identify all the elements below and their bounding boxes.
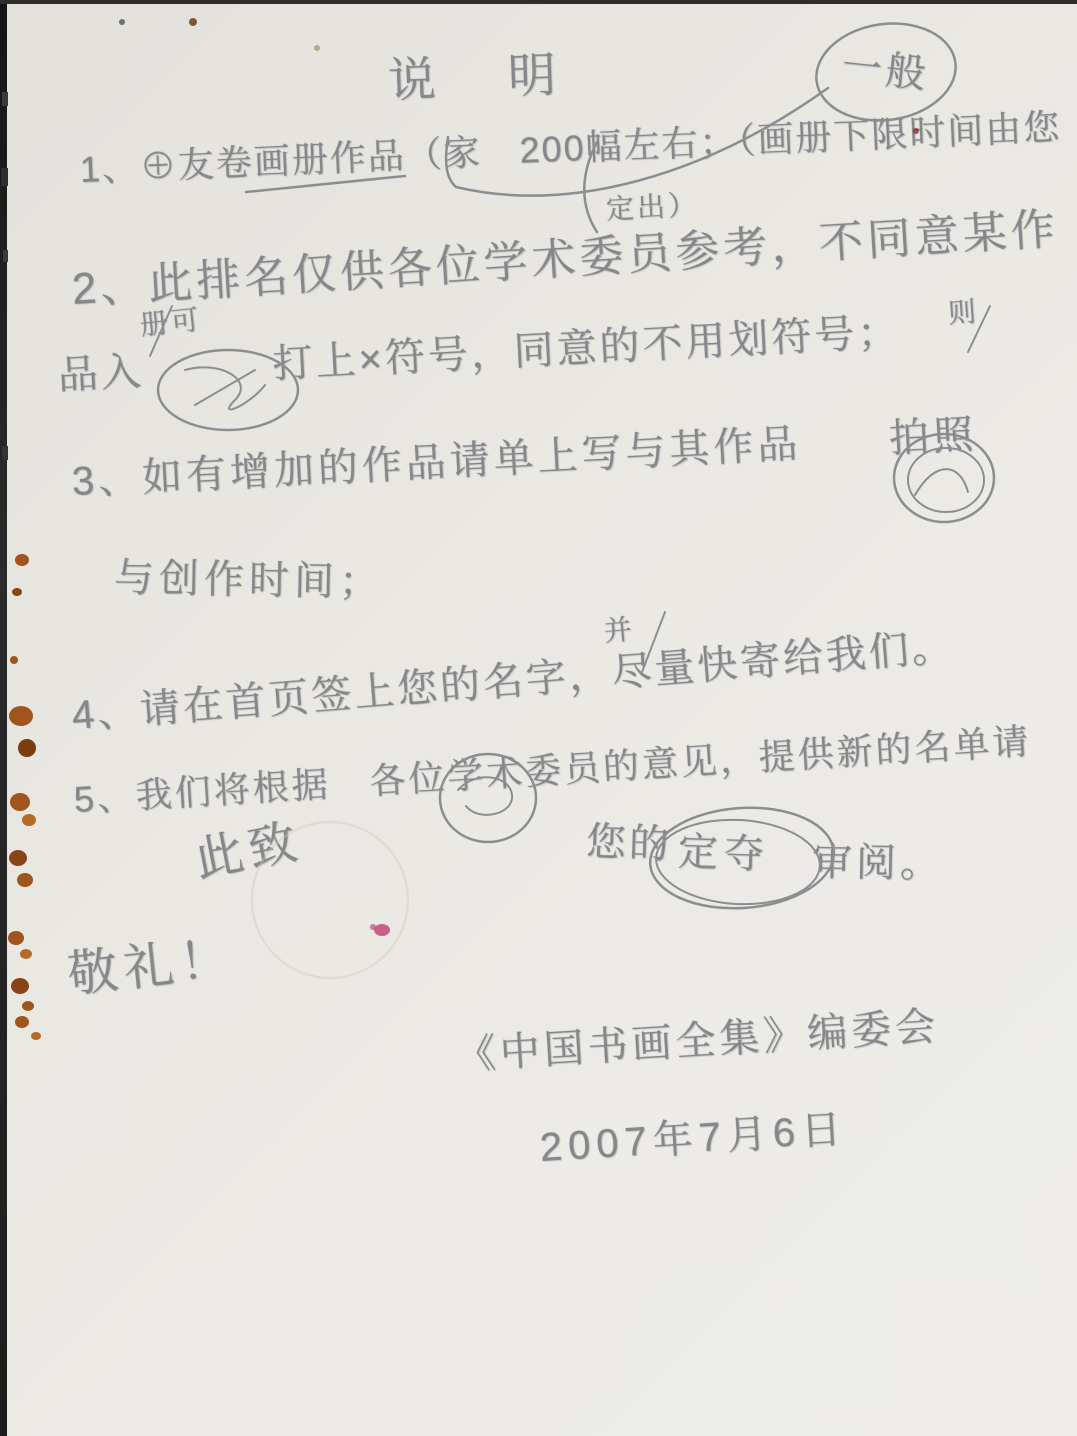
scan-speck [119,19,125,25]
rust-stain [20,949,32,959]
insertion-note-2: 册可 [139,306,204,340]
handwritten-line-3: 3、如有增加的作品请单上写与其作品 拍照 [71,415,978,502]
scan-speck [189,18,197,26]
scan-edge-top [0,0,1077,4]
scan-speck [314,45,320,51]
rust-stain [11,978,29,994]
closing-salute: 敬礼！ [65,933,237,1000]
insertion-character-bing: 并 [603,615,636,646]
rust-stain [10,793,30,811]
pink-ink-dot-small [370,924,376,930]
insertion-character-ze: 则 [947,298,980,328]
handwritten-line-2: 2、此排名仅供各位学术委员参考，不同意某作 [71,208,1060,312]
rust-stain [31,1032,41,1040]
rust-stain [9,706,33,726]
handwritten-line-5b-post: 审阅。 [812,842,945,884]
margin-annotation: 一般 [840,46,932,95]
closing-regards: 此致 [191,818,306,886]
handwritten-line-5b-pre: 您的 [585,822,672,865]
page-title: 说明 [387,50,629,106]
rust-stain [15,554,29,566]
scan-speck-group [1,18,320,460]
rust-stain-group [8,554,41,1040]
insertion-note-1: 定出） [605,191,699,224]
scribble-deleted-char-2-squiggle [915,469,968,495]
rust-stain [15,1016,29,1028]
handwritten-line-1: 1、⊕友卷画册作品（家 200幅左右；（画册下限时间由您 [79,109,1062,188]
signature: 《中国书画全集》编委会 [455,1006,941,1075]
scan-edge-left [0,0,7,1436]
rust-stain [8,931,24,945]
rust-stain [9,850,27,866]
handwritten-line-5b-circled: 定夺 [677,832,770,875]
rust-stain [18,739,36,757]
rust-stain [10,656,18,664]
rust-stain [22,814,36,826]
date: 2007年7月6日 [539,1109,848,1168]
scanned-handwritten-page: 说明 一般 1、⊕友卷画册作品（家 200幅左右；（画册下限时间由您 定出） 2… [0,0,1077,1436]
rust-stain [22,1001,34,1011]
handwritten-line-4: 4、请在首页签上您的名字，尽量快寄给我们。 [70,627,956,736]
pink-ink-dot [374,924,390,936]
handwritten-line-5: 5、我们将根据 各位学术委员的意见，提供新的名单请 [73,723,1032,817]
handwritten-line-3b: 与创作时间； [114,558,385,603]
rust-stain [12,588,22,596]
rust-stain [17,873,33,887]
